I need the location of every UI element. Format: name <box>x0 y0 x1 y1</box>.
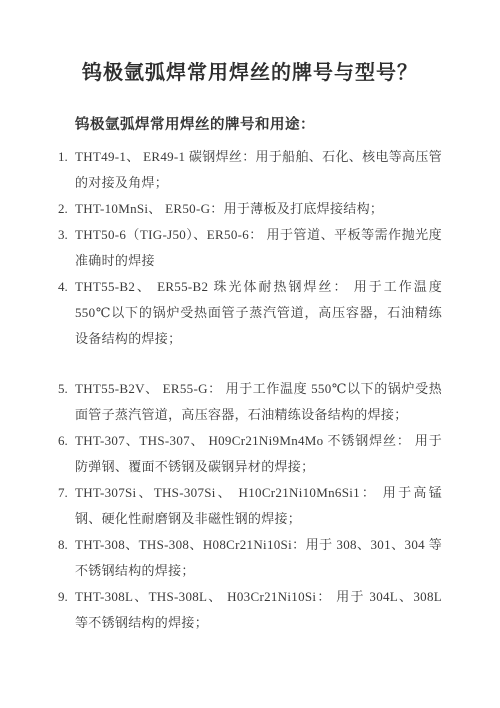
list-item-text: THT-307Si、THS-307Si、 H10Cr21Ni10Mn6Si1： … <box>75 480 442 532</box>
list-item: 1. THT49-1、 ER49-1 碳钢焊丝：用于船舶、石化、核电等高压管的对… <box>58 144 442 196</box>
list-item-text: THT-308L、THS-308L、 H03Cr21Ni10Si： 用于 304… <box>75 584 442 636</box>
list-item-text: THT-10MnSi、 ER50-G：用于薄板及打底焊接结构； <box>75 196 442 222</box>
list-item: 7. THT-307Si、THS-307Si、 H10Cr21Ni10Mn6Si… <box>58 480 442 532</box>
list-item-text: THT-308、THS-308、H08Cr21Ni10Si：用于 308、301… <box>75 532 442 584</box>
list-item: 3. THT50-6（TIG-J50）、ER50-6： 用于管道、平板等需作抛光… <box>58 222 442 274</box>
list-item-number: 9. <box>58 584 75 636</box>
list-item-number: 6. <box>58 428 75 480</box>
list-item-text: THT55-B2、 ER55-B2 珠光体耐热钢焊丝： 用于工作温度 550℃以… <box>75 274 442 352</box>
list-item-text: THT50-6（TIG-J50）、ER50-6： 用于管道、平板等需作抛光度准确… <box>75 222 442 274</box>
list-item-number: 5. <box>58 376 75 428</box>
list-item: 8. THT-308、THS-308、H08Cr21Ni10Si：用于 308、… <box>58 532 442 584</box>
list-item-number: 8. <box>58 532 75 584</box>
wire-list: 1. THT49-1、 ER49-1 碳钢焊丝：用于船舶、石化、核电等高压管的对… <box>0 134 500 636</box>
list-item-number: 1. <box>58 144 75 196</box>
list-item-number: 2. <box>58 196 75 222</box>
list-item: 9. THT-308L、THS-308L、 H03Cr21Ni10Si： 用于 … <box>58 584 442 636</box>
list-item: 6. THT-307、THS-307、 H09Cr21Ni9Mn4Mo 不锈钢焊… <box>58 428 442 480</box>
list-item-number: 4. <box>58 274 75 352</box>
list-item-text: THT55-B2V、 ER55-G： 用于工作温度 550℃以下的锅炉受热面管子… <box>75 376 442 428</box>
list-item-number: 7. <box>58 480 75 532</box>
list-item: 2. THT-10MnSi、 ER50-G：用于薄板及打底焊接结构； <box>58 196 442 222</box>
section-heading: 钨极氩弧焊常用焊丝的牌号和用途： <box>0 88 500 134</box>
list-item-number: 3. <box>58 222 75 274</box>
page-title: 钨极氩弧焊常用焊丝的牌号与型号？ <box>0 0 500 88</box>
document-page: 钨极氩弧焊常用焊丝的牌号与型号？ 钨极氩弧焊常用焊丝的牌号和用途： 1. THT… <box>0 0 500 708</box>
list-item: 5. THT55-B2V、 ER55-G： 用于工作温度 550℃以下的锅炉受热… <box>58 376 442 428</box>
list-item-text: THT-307、THS-307、 H09Cr21Ni9Mn4Mo 不锈钢焊丝： … <box>75 428 442 480</box>
list-item: 4. THT55-B2、 ER55-B2 珠光体耐热钢焊丝： 用于工作温度 55… <box>58 274 442 352</box>
list-item-text: THT49-1、 ER49-1 碳钢焊丝：用于船舶、石化、核电等高压管的对接及角… <box>75 144 442 196</box>
